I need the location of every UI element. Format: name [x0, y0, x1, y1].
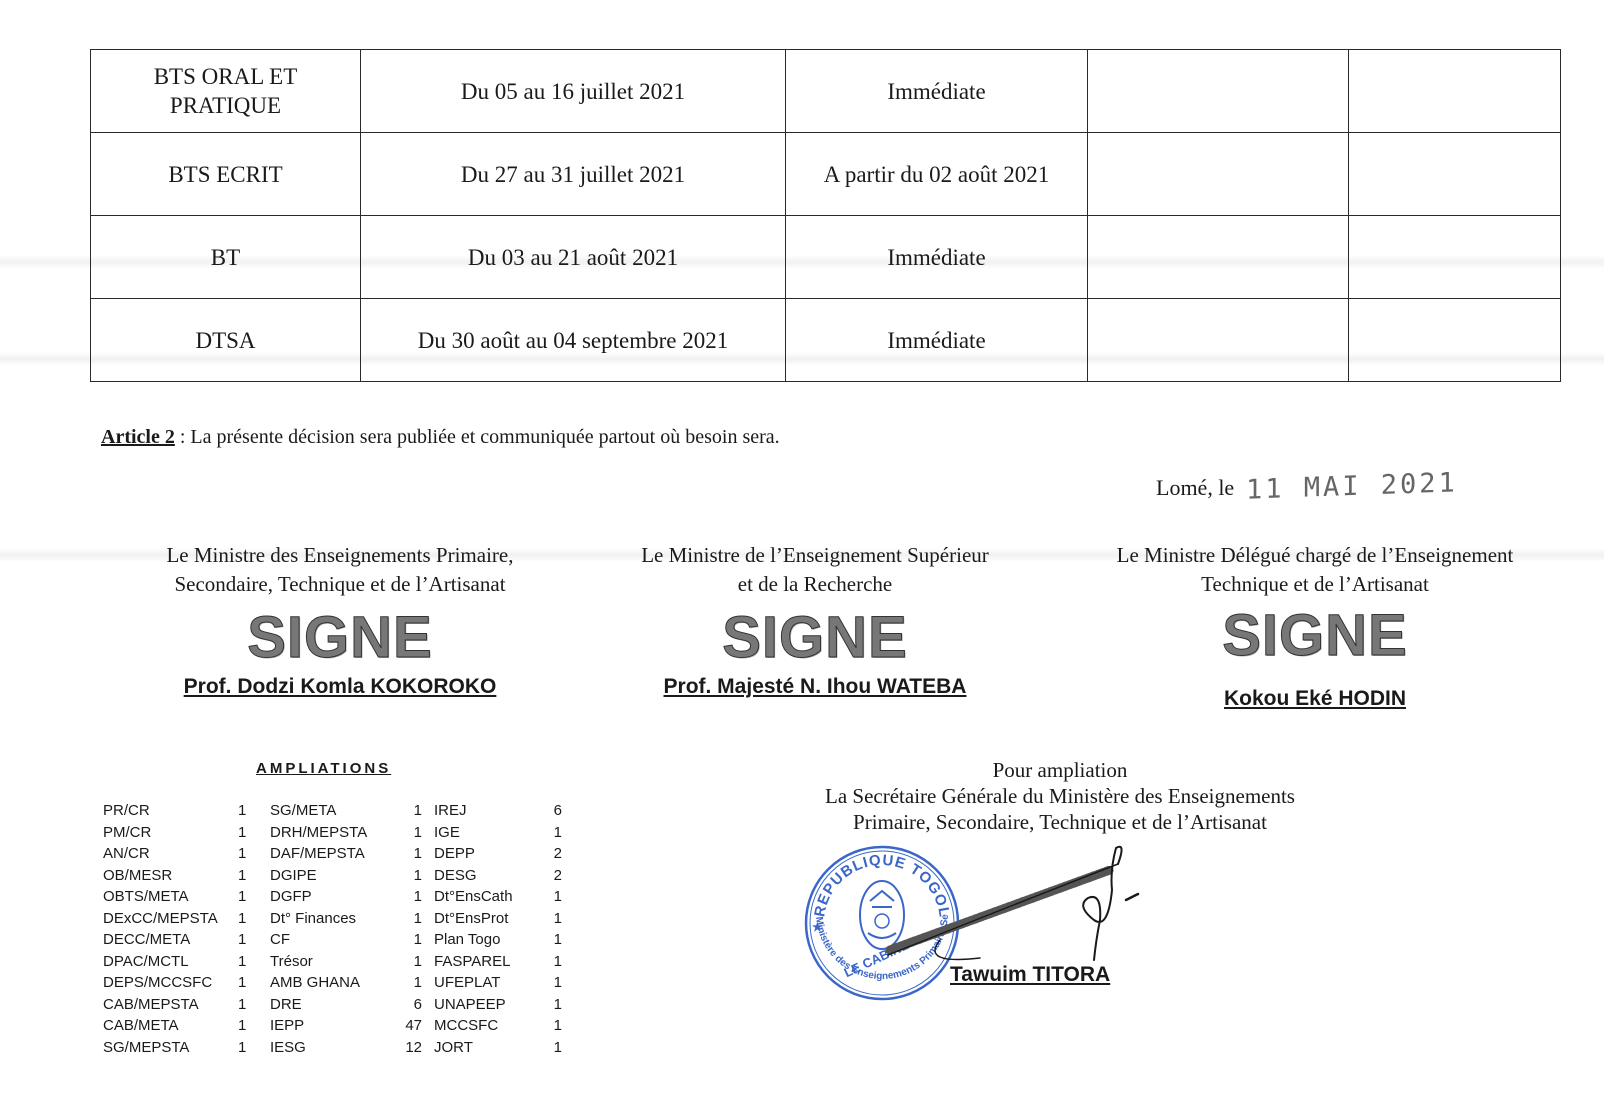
empty-cell [1349, 133, 1561, 216]
copy-count: 6 [388, 994, 434, 1016]
recipient-name: AMB GHANA [270, 972, 388, 994]
recipient-name: DRH/MEPSTA [270, 822, 388, 844]
recipient-name: Dt°EnsProt [434, 908, 552, 930]
signatory-1: Le Ministre des Enseignements Primaire,S… [130, 541, 550, 699]
ampliations-title: AMPLIATIONS [256, 760, 391, 777]
signatory-3: Le Ministre Délégué chargé de l’Enseigne… [1080, 541, 1550, 711]
signatory-title: Le Ministre des Enseignements Primaire,S… [130, 541, 550, 599]
copy-count: 1 [388, 951, 434, 973]
copy-count: 1 [388, 886, 434, 908]
copy-count: 1 [552, 1037, 562, 1059]
copy-count: 12 [388, 1037, 434, 1059]
signatory-2: Le Ministre de l’Enseignement Supérieure… [605, 541, 1025, 699]
recipient-name: Dt°EnsCath [434, 886, 552, 908]
recipient-name: CAB/MEPSTA [103, 994, 238, 1016]
signe-stamp: SIGNE [130, 605, 550, 671]
signatory-title: Le Ministre de l’Enseignement Supérieure… [605, 541, 1025, 599]
signatory-name: Kokou Eké HODIN [1080, 687, 1550, 711]
secretary-name: Tawuim TITORA [950, 963, 1110, 987]
signatory-name: Prof. Majesté N. Ihou WATEBA [605, 675, 1025, 699]
table-row: BTS ORAL ETPRATIQUE Du 05 au 16 juillet … [91, 50, 1561, 133]
copy-count: 1 [238, 929, 270, 951]
copy-count: 1 [238, 822, 270, 844]
table-row: DTSA Du 30 août au 04 septembre 2021 Imm… [91, 299, 1561, 382]
copy-count: 1 [238, 1037, 270, 1059]
recipient-name: PR/CR [103, 800, 238, 822]
period-cell: Du 05 au 16 juillet 2021 [361, 50, 786, 133]
copy-count: 1 [238, 800, 270, 822]
copy-count: 1 [388, 843, 434, 865]
copy-count: 1 [388, 822, 434, 844]
empty-cell [1349, 216, 1561, 299]
recipient-name: SG/MEPSTA [103, 1037, 238, 1059]
copy-count: 1 [388, 865, 434, 887]
copy-count: 1 [552, 886, 562, 908]
ampliation-row: SG/MEPSTA1IESG12JORT1 [103, 1037, 562, 1059]
recipient-name: DExCC/MEPSTA [103, 908, 238, 930]
recipient-name: Plan Togo [434, 929, 552, 951]
period-cell: Du 27 au 31 juillet 2021 [361, 133, 786, 216]
recipient-name: AN/CR [103, 843, 238, 865]
recipient-name: IESG [270, 1037, 388, 1059]
ampliation-row: DEPS/MCCSFC1AMB GHANA1UFEPLAT1 [103, 972, 562, 994]
recipient-name: DPAC/MCTL [103, 951, 238, 973]
article-text: : La présente décision sera publiée et c… [175, 426, 780, 448]
start-cell: Immédiate [786, 50, 1088, 133]
copy-count: 2 [552, 843, 562, 865]
copy-count: 1 [238, 994, 270, 1016]
copy-count: 1 [552, 994, 562, 1016]
ampliation-row: DExCC/MEPSTA1Dt° Finances1Dt°EnsProt1 [103, 908, 562, 930]
ampliations-list: PR/CR1SG/META1IREJ6PM/CR1DRH/MEPSTA1IGE1… [103, 800, 562, 1058]
copy-count: 47 [388, 1015, 434, 1037]
recipient-name: DRE [270, 994, 388, 1016]
recipient-name: MCCSFC [434, 1015, 552, 1037]
exam-schedule-table: BTS ORAL ETPRATIQUE Du 05 au 16 juillet … [90, 49, 1561, 382]
copy-count: 2 [552, 865, 562, 887]
exam-cell: BTS ORAL ETPRATIQUE [91, 50, 361, 133]
empty-cell [1088, 133, 1349, 216]
recipient-name: DGIPE [270, 865, 388, 887]
recipient-name: IEPP [270, 1015, 388, 1037]
recipient-name: DGFP [270, 886, 388, 908]
copy-count: 1 [552, 822, 562, 844]
exam-cell: BTS ECRIT [91, 133, 361, 216]
copy-count: 1 [388, 929, 434, 951]
recipient-name: FASPAREL [434, 951, 552, 973]
empty-cell [1088, 216, 1349, 299]
ampliation-row: DPAC/MCTL1Trésor1FASPAREL1 [103, 951, 562, 973]
recipient-name: IGE [434, 822, 552, 844]
copy-count: 1 [552, 908, 562, 930]
start-cell: Immédiate [786, 299, 1088, 382]
copy-count: 1 [552, 972, 562, 994]
ampliation-row: OB/MESR1DGIPE1DESG2 [103, 865, 562, 887]
ampliation-row: DECC/META1CF1Plan Togo1 [103, 929, 562, 951]
date-stamp: 11 MAI 2021 [1246, 467, 1458, 505]
recipient-name: SG/META [270, 800, 388, 822]
place-date: Lomé, le 11 MAI 2021 [1156, 471, 1458, 502]
copy-count: 1 [388, 972, 434, 994]
copy-count: 1 [388, 800, 434, 822]
svg-text:★: ★ [812, 920, 823, 934]
copy-count: 1 [238, 865, 270, 887]
recipient-name: PM/CR [103, 822, 238, 844]
recipient-name: Trésor [270, 951, 388, 973]
copy-count: 6 [552, 800, 562, 822]
recipient-name: Dt° Finances [270, 908, 388, 930]
copy-count: 1 [552, 951, 562, 973]
recipient-name: DAF/MEPSTA [270, 843, 388, 865]
copy-count: 1 [238, 972, 270, 994]
start-cell: Immédiate [786, 216, 1088, 299]
copy-count: 1 [238, 1015, 270, 1037]
copy-count: 1 [388, 908, 434, 930]
copy-count: 1 [238, 843, 270, 865]
empty-cell [1088, 50, 1349, 133]
empty-cell [1088, 299, 1349, 382]
recipient-name: IREJ [434, 800, 552, 822]
period-cell: Du 03 au 21 août 2021 [361, 216, 786, 299]
recipient-name: CF [270, 929, 388, 951]
empty-cell [1349, 299, 1561, 382]
signatory-name: Prof. Dodzi Komla KOKOROKO [130, 675, 550, 699]
copy-count: 1 [552, 1015, 562, 1037]
copy-count: 1 [552, 929, 562, 951]
recipient-name: JORT [434, 1037, 552, 1059]
copy-count: 1 [238, 951, 270, 973]
article-2: Article 2 : La présente décision sera pu… [101, 426, 780, 449]
recipient-name: DECC/META [103, 929, 238, 951]
ampliation-row: PR/CR1SG/META1IREJ6 [103, 800, 562, 822]
exam-cell: BT [91, 216, 361, 299]
place-prefix: Lomé, le [1156, 475, 1234, 500]
recipient-name: DEPS/MCCSFC [103, 972, 238, 994]
period-cell: Du 30 août au 04 septembre 2021 [361, 299, 786, 382]
empty-cell [1349, 50, 1561, 133]
signe-stamp: SIGNE [1080, 603, 1550, 669]
ampliation-row: OBTS/META1DGFP1Dt°EnsCath1 [103, 886, 562, 908]
start-cell: A partir du 02 août 2021 [786, 133, 1088, 216]
table-row: BTS ECRIT Du 27 au 31 juillet 2021 A par… [91, 133, 1561, 216]
recipient-name: DEPP [434, 843, 552, 865]
recipient-name: UNAPEEP [434, 994, 552, 1016]
recipient-name: CAB/META [103, 1015, 238, 1037]
recipient-name: OB/MESR [103, 865, 238, 887]
pour-ampliation: Pour ampliation La Secrétaire Générale d… [780, 757, 1340, 835]
copy-count: 1 [238, 886, 270, 908]
recipient-name: OBTS/META [103, 886, 238, 908]
recipient-name: DESG [434, 865, 552, 887]
recipient-name: UFEPLAT [434, 972, 552, 994]
ampliation-row: CAB/META1IEPP47MCCSFC1 [103, 1015, 562, 1037]
copy-count: 1 [238, 908, 270, 930]
article-label: Article 2 [101, 426, 175, 448]
ampliation-row: PM/CR1DRH/MEPSTA1IGE1 [103, 822, 562, 844]
ampliation-row: CAB/MEPSTA1DRE6UNAPEEP1 [103, 994, 562, 1016]
table-row: BT Du 03 au 21 août 2021 Immédiate [91, 216, 1561, 299]
signe-stamp: SIGNE [605, 605, 1025, 671]
ampliation-row: AN/CR1DAF/MEPSTA1DEPP2 [103, 843, 562, 865]
signatory-title: Le Ministre Délégué chargé de l’Enseigne… [1080, 541, 1550, 599]
exam-cell: DTSA [91, 299, 361, 382]
